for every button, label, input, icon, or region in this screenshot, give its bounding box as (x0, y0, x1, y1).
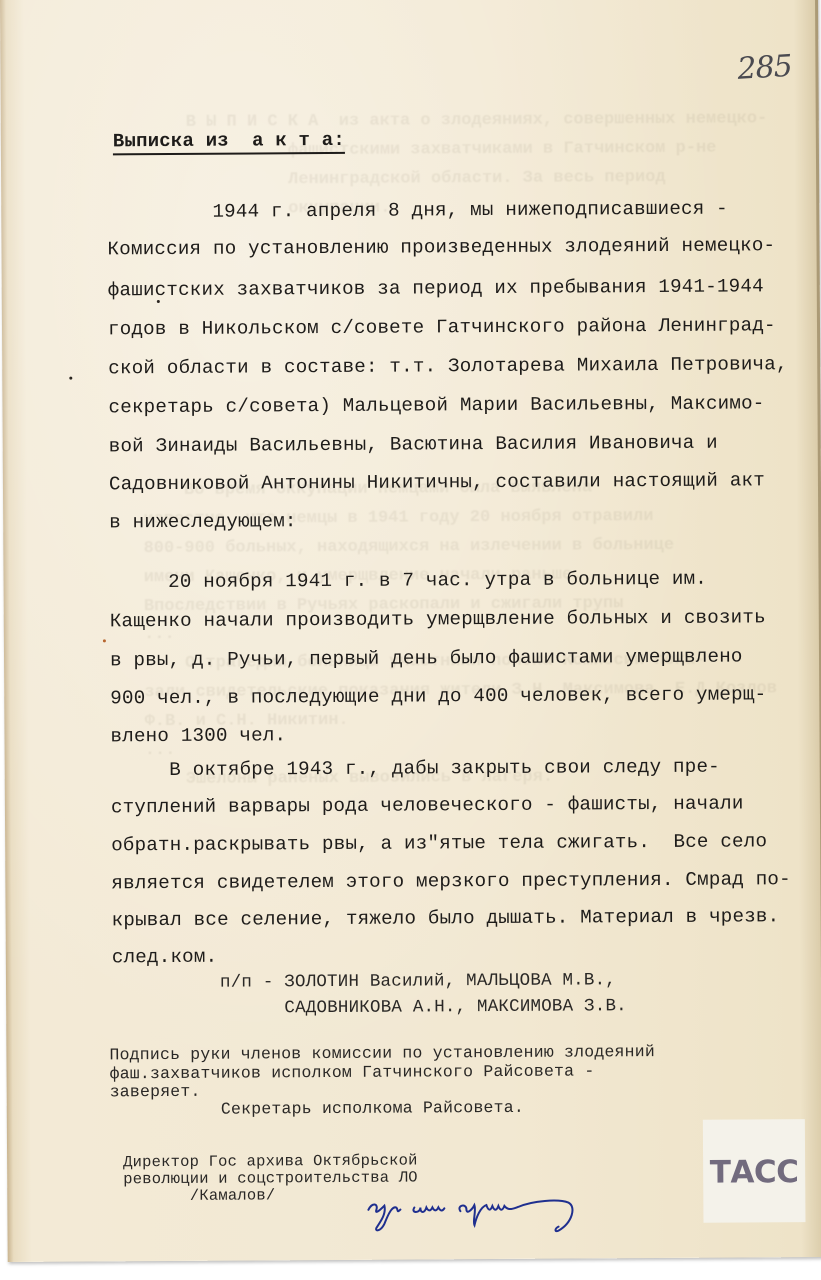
document-heading: Выписка из а к т а: (113, 129, 345, 155)
tass-logo: ТАСС (710, 1154, 799, 1191)
ink-speck (103, 639, 106, 642)
text-line: годов в Никольском с/совете Гатчинского … (108, 316, 776, 339)
tass-watermark: ТАСС (703, 1119, 806, 1223)
signatory-line: п/п - ЗОЛОТИН Василий, МАЛЬЦОВА М.В., (220, 972, 616, 992)
text-line: Садовниковой Антонины Никитичны, состави… (109, 471, 765, 494)
text-line: обратн.раскрывать рвы, а из"ятые тела сж… (111, 832, 767, 855)
text-line: 20 ноября 1941 г. в 7 час. утра в больни… (110, 570, 708, 593)
text-line: В октябре 1943 г., дабы закрыть свои сле… (111, 758, 720, 781)
director-line: /Камалов/ (123, 1188, 275, 1204)
text-line: крывал все селение, тяжело было дышать. … (112, 907, 780, 930)
text-line: влено 1300 чел. (110, 726, 286, 746)
director-line: революции и соцстроительства ЛО (123, 1170, 418, 1187)
text-line: Комиссия по установлению произведенных з… (107, 236, 775, 259)
certification-line: заверяет. (110, 1084, 201, 1101)
text-line: 1944 г. апреля 8 дня, мы нижеподписавшие… (177, 200, 728, 223)
signatory-line: САДОВНИКОВА А.Н., МАКСИМОВА З.В. (220, 998, 627, 1018)
text-line: Кащенко начали производить умерщвление б… (110, 608, 766, 631)
text-line: вой Зинаиды Васильевны, Васютина Василия… (109, 434, 718, 457)
text-line: ступлений варвары рода человеческого - ф… (111, 794, 744, 817)
text-line: 900 чел., в последующие дни до 400 челов… (110, 685, 766, 708)
text-line: след.ком. (112, 948, 218, 968)
text-line: секретарь с/совета) Мальцевой Марии Васи… (108, 394, 764, 417)
document-page: В Ы П И С К А из акта о злодеяниях, сове… (0, 0, 821, 1262)
text-line: в рвы, д. Ручьи, первый день было фашист… (110, 647, 743, 670)
ink-speck (157, 300, 160, 303)
text-line: является свидетелем этого мерзкого прест… (111, 870, 791, 893)
page-number: 285 (736, 49, 792, 87)
certification-line: Секретарь исполкома Райсовета. (110, 1100, 524, 1119)
text-line: в нижеследующем: (109, 512, 297, 532)
text-line: ской области в составе: т.т. Золотарева … (108, 355, 788, 378)
text-line: фашистских захватчиков за период их преб… (108, 277, 764, 300)
handwritten-signature (362, 1186, 622, 1238)
certification-line: фаш.захватчиков исполком Гатчинского Рай… (110, 1063, 595, 1082)
ink-speck (69, 377, 72, 380)
